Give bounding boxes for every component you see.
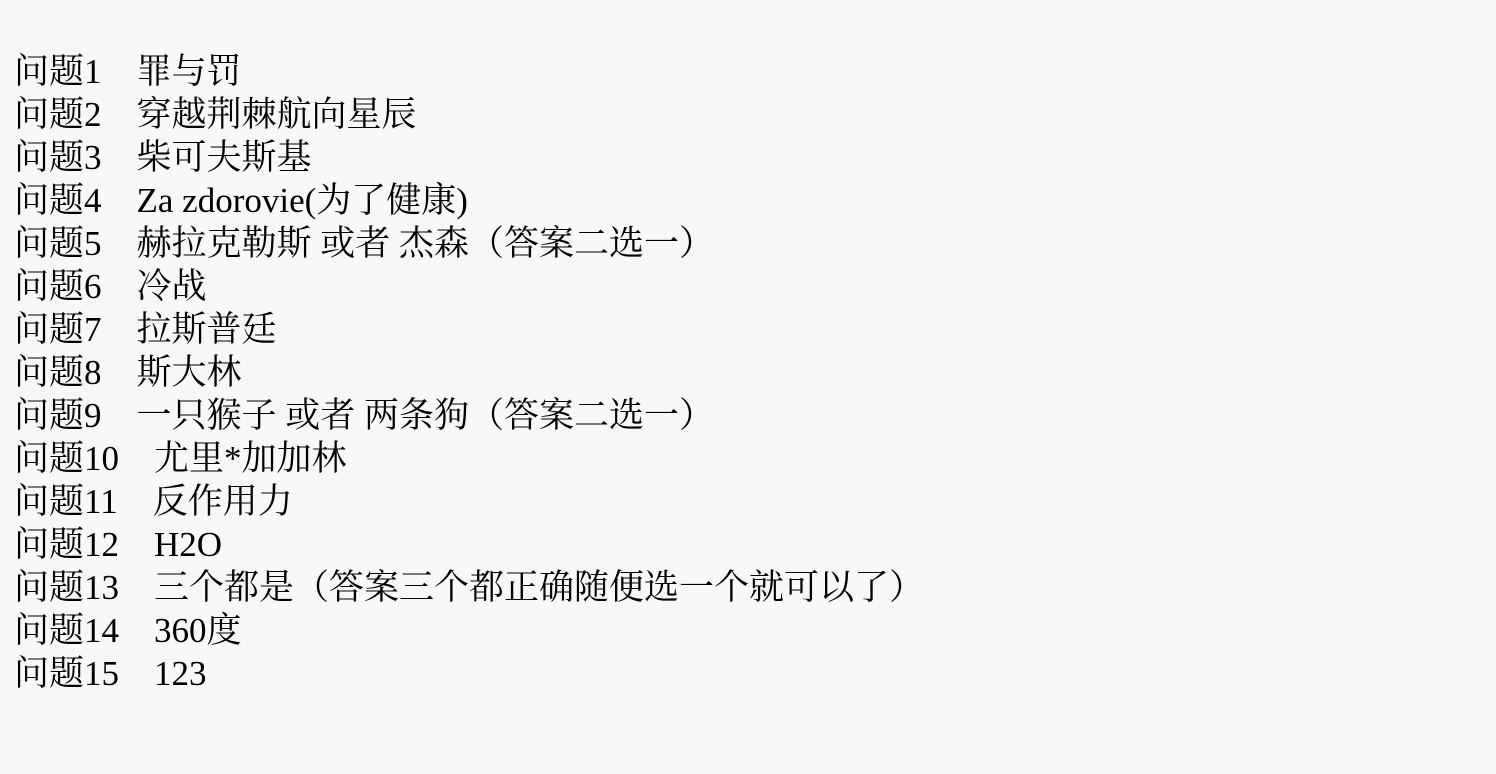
answer-line: 问题3柴可夫斯基	[14, 136, 1486, 179]
answer-line: 问题9一只猴子 或者 两条狗（答案二选一）	[14, 394, 1486, 437]
question-number-label: 问题7	[14, 310, 102, 349]
question-answer-text: 拉斯普廷	[137, 310, 277, 349]
question-answer-text: 反作用力	[153, 482, 293, 521]
answer-line: 问题15123	[14, 652, 1486, 695]
question-answer-text: 斯大林	[137, 353, 242, 392]
answer-sheet: 问题1罪与罚问题2穿越荆棘航向星辰问题3柴可夫斯基问题4Za zdorovie(…	[0, 0, 1496, 695]
answer-list: 问题1罪与罚问题2穿越荆棘航向星辰问题3柴可夫斯基问题4Za zdorovie(…	[14, 50, 1486, 695]
question-answer-text: 冷战	[137, 267, 207, 306]
question-answer-text: 罪与罚	[137, 52, 242, 91]
question-number-label: 问题14	[14, 611, 119, 650]
question-number-label: 问题1	[14, 52, 102, 91]
answer-line: 问题5赫拉克勒斯 或者 杰森（答案二选一）	[14, 222, 1486, 265]
question-answer-text: H2O	[154, 525, 222, 564]
question-number-label: 问题12	[14, 525, 119, 564]
answer-line: 问题1罪与罚	[14, 50, 1486, 93]
question-number-label: 问题9	[14, 396, 102, 435]
question-answer-text: 尤里*加加林	[154, 439, 347, 478]
answer-line: 问题10尤里*加加林	[14, 437, 1486, 480]
question-number-label: 问题3	[14, 138, 102, 177]
question-number-label: 问题6	[14, 267, 102, 306]
answer-line: 问题14360度	[14, 609, 1486, 652]
question-answer-text: 赫拉克勒斯 或者 杰森（答案二选一）	[137, 224, 715, 263]
answer-line: 问题7拉斯普廷	[14, 308, 1486, 351]
question-answer-text: 三个都是（答案三个都正确随便选一个就可以了）	[154, 568, 924, 607]
question-number-label: 问题15	[14, 654, 119, 693]
question-number-label: 问题10	[14, 439, 119, 478]
answer-line: 问题11反作用力	[14, 480, 1486, 523]
answer-line: 问题2穿越荆棘航向星辰	[14, 93, 1486, 136]
answer-line: 问题6冷战	[14, 265, 1486, 308]
question-answer-text: 柴可夫斯基	[137, 138, 312, 177]
question-number-label: 问题5	[14, 224, 102, 263]
question-number-label: 问题4	[14, 181, 102, 220]
question-number-label: 问题8	[14, 353, 102, 392]
question-number-label: 问题13	[14, 568, 119, 607]
answer-line: 问题4Za zdorovie(为了健康)	[14, 179, 1486, 222]
question-answer-text: 360度	[154, 611, 242, 650]
question-answer-text: 123	[154, 654, 207, 693]
question-number-label: 问题2	[14, 95, 102, 134]
question-answer-text: 穿越荆棘航向星辰	[137, 95, 417, 134]
answer-line: 问题13三个都是（答案三个都正确随便选一个就可以了）	[14, 566, 1486, 609]
question-answer-text: 一只猴子 或者 两条狗（答案二选一）	[137, 396, 715, 435]
question-answer-text: Za zdorovie(为了健康)	[137, 181, 468, 220]
question-number-label: 问题11	[14, 482, 118, 521]
answer-line: 问题8斯大林	[14, 351, 1486, 394]
answer-line: 问题12H2O	[14, 523, 1486, 566]
